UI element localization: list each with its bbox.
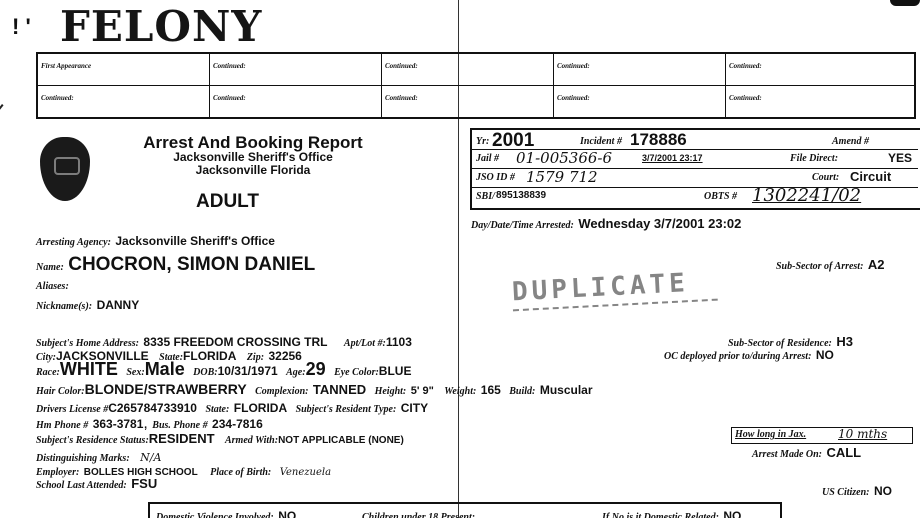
continued-cell: Continued: bbox=[382, 86, 554, 119]
arrest-made-on: Arrest Made On: CALL bbox=[752, 444, 861, 462]
category-label: ADULT bbox=[196, 191, 259, 213]
report-title-block: Arrest And Booking Report Jacksonville S… bbox=[128, 134, 378, 177]
court-value: Circuit bbox=[850, 169, 891, 184]
report-title: Arrest And Booking Report bbox=[128, 134, 378, 151]
id-row-year: Yr: 2001 Incident # 178886 Amend # bbox=[472, 130, 918, 150]
continued-cell: Continued: bbox=[554, 53, 726, 86]
continued-cell: Continued: bbox=[382, 53, 554, 86]
first-appearance-cell: First Appearance bbox=[37, 53, 210, 86]
physical-description-1: Race:WHITE Sex:Male DOB:10/31/1971 Age:2… bbox=[36, 359, 411, 380]
id-row-sbi: SBI/ 895138839 OBTS # 1302241/02 bbox=[472, 187, 918, 206]
continued-cell: Continued: bbox=[726, 53, 916, 86]
oc-deployed: OC deployed prior to/during Arrest: NO bbox=[664, 346, 834, 364]
felony-heading: FELONY bbox=[60, 6, 262, 48]
domestic-related: If No is it Domestic Related: NO bbox=[602, 507, 741, 518]
school: School Last Attended: FSU bbox=[36, 475, 157, 493]
arrest-datetime: Day/Date/Time Arrested: Wednesday 3/7/20… bbox=[471, 215, 741, 233]
continued-cell: Continued: bbox=[210, 86, 382, 119]
table-row: Continued: Continued: Continued: Continu… bbox=[37, 86, 915, 119]
us-citizen: US Citizen: NO bbox=[822, 482, 892, 500]
scan-artifact bbox=[890, 0, 920, 6]
margin-marks: ! ' bbox=[12, 14, 31, 40]
physical-description-2: Hair Color:BLONDE/STRAWBERRY Complexion:… bbox=[36, 381, 593, 399]
jail-number: 01-005366-6 bbox=[516, 149, 612, 167]
sheriff-badge-icon bbox=[40, 137, 90, 201]
arresting-agency: Arresting Agency: Jacksonville Sheriff's… bbox=[36, 232, 275, 250]
domestic-violence-box: Domestic Violence Involved: NO Children … bbox=[148, 502, 782, 518]
pen-mark bbox=[0, 104, 4, 145]
incident-number: 178886 bbox=[630, 130, 687, 150]
aliases: Aliases: bbox=[36, 276, 69, 294]
children-present: Children under 18 Present: bbox=[362, 507, 475, 518]
obts-number: 1302241/02 bbox=[752, 185, 861, 206]
jso-id: 1579 712 bbox=[526, 168, 598, 186]
jail-datetime: 3/7/2001 23:17 bbox=[642, 153, 703, 163]
continued-cell: Continued: bbox=[554, 86, 726, 119]
id-row-jail: Jail # 01-005366-6 3/7/2001 23:17 File D… bbox=[472, 149, 918, 169]
continued-cell: Continued: bbox=[726, 86, 916, 119]
how-long-in-jax: How long in Jax. 10 mths bbox=[731, 427, 913, 444]
residence-status: Subject's Residence Status:RESIDENT Arme… bbox=[36, 430, 404, 448]
continued-cell: Continued: bbox=[37, 86, 210, 119]
office-city: Jacksonville Florida bbox=[128, 164, 378, 177]
duplicate-stamp: DUPLICATE bbox=[511, 267, 717, 312]
nickname: Nickname(s): DANNY bbox=[36, 296, 139, 314]
sub-sector-arrest: Sub-Sector of Arrest: A2 bbox=[776, 256, 885, 274]
subject-name: Name: CHOCRON, SIMON DANIEL bbox=[36, 254, 315, 276]
continuance-table: First Appearance Continued: Continued: C… bbox=[36, 52, 916, 119]
file-direct-value: YES bbox=[888, 151, 912, 165]
continued-cell: Continued: bbox=[210, 53, 382, 86]
sbi-number: 895138839 bbox=[496, 190, 546, 201]
table-row: First Appearance Continued: Continued: C… bbox=[37, 53, 915, 86]
dv-involved: Domestic Violence Involved: NO bbox=[156, 507, 296, 518]
id-box: Yr: 2001 Incident # 178886 Amend # Jail … bbox=[470, 128, 920, 210]
